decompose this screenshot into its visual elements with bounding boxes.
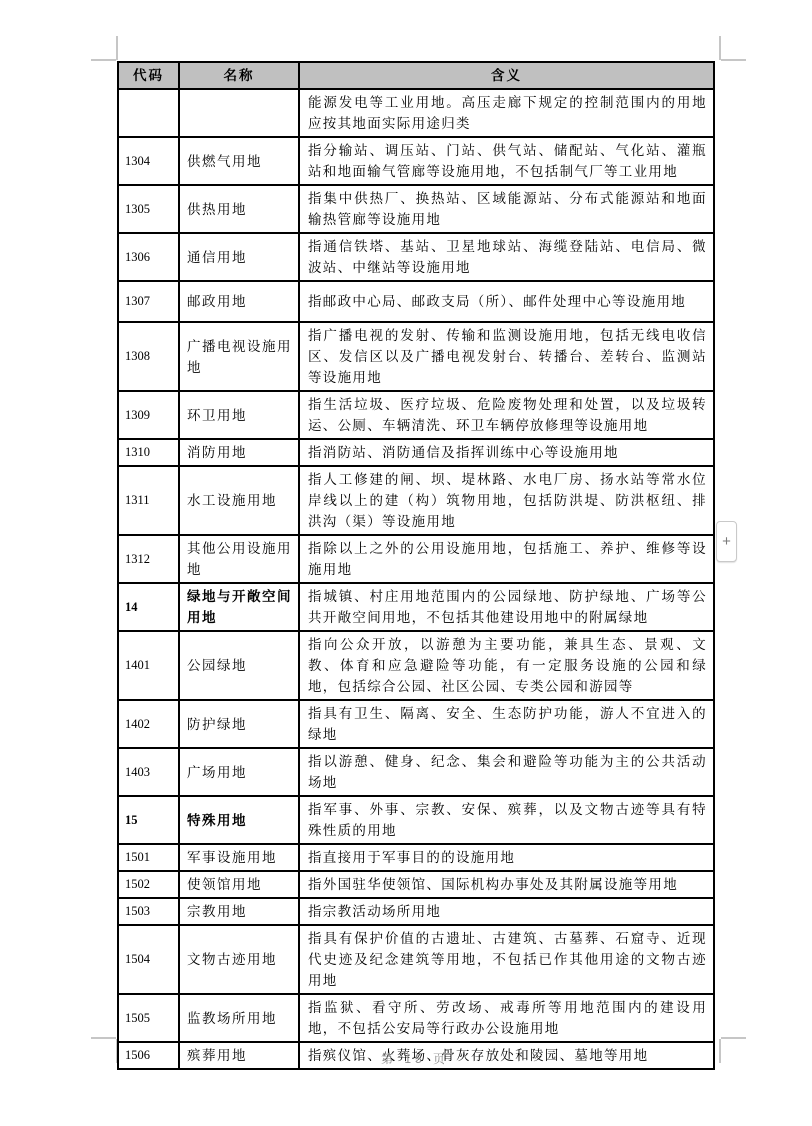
meaning-cell: 指广播电视的发射、传输和监测设施用地，包括无线电收信区、发信区以及广播电视发射台… — [299, 322, 714, 391]
meaning-cell: 指分输站、调压站、门站、供气站、储配站、气化站、灌瓶站和地面输气管廊等设施用地，… — [299, 137, 714, 185]
table-row: 1307 邮政用地 指邮政中心局、邮政支局（所）、邮件处理中心等设施用地 — [118, 281, 714, 322]
meaning-cell: 指外国驻华使领馆、国际机构办事处及其附属设施等用地 — [299, 871, 714, 898]
name-cell: 绿地与开敞空间用地 — [179, 583, 299, 631]
meaning-cell: 指军事、外事、宗教、安保、殡葬，以及文物古迹等具有特殊性质的用地 — [299, 796, 714, 844]
meaning-cell: 指宗教活动场所用地 — [299, 898, 714, 925]
table-row: 1401 公园绿地 指向公众开放，以游憩为主要功能，兼具生态、景观、文教、体育和… — [118, 631, 714, 700]
meaning-cell: 指以游憩、健身、纪念、集会和避险等功能为主的公共活动场地 — [299, 748, 714, 796]
table-row: 1501 军事设施用地 指直接用于军事目的的设施用地 — [118, 844, 714, 871]
crop-mark-bottom-right-vertical — [719, 1039, 721, 1063]
name-cell: 文物古迹用地 — [179, 925, 299, 994]
code-cell: 1401 — [118, 631, 179, 700]
table-header-row: 代码 名称 含义 — [118, 62, 714, 89]
meaning-cell: 指生活垃圾、医疗垃圾、危险废物处理和处置，以及垃圾转运、公厕、车辆清洗、环卫车辆… — [299, 391, 714, 439]
table-row: 15 特殊用地 指军事、外事、宗教、安保、殡葬，以及文物古迹等具有特殊性质的用地 — [118, 796, 714, 844]
code-cell: 1402 — [118, 700, 179, 748]
code-cell: 1311 — [118, 466, 179, 535]
name-cell — [179, 89, 299, 137]
code-cell: 1403 — [118, 748, 179, 796]
table-row: 1403 广场用地 指以游憩、健身、纪念、集会和避险等功能为主的公共活动场地 — [118, 748, 714, 796]
code-cell: 1306 — [118, 233, 179, 281]
table-row: 1311 水工设施用地 指人工修建的闸、坝、堤林路、水电厂房、扬水站等常水位岸线… — [118, 466, 714, 535]
code-cell: 1505 — [118, 994, 179, 1042]
crop-mark-top-right-horizontal — [721, 59, 746, 61]
meaning-cell: 指通信铁塔、基站、卫星地球站、海缆登陆站、电信局、微波站、中继站等设施用地 — [299, 233, 714, 281]
code-cell: 1501 — [118, 844, 179, 871]
meaning-cell: 指邮政中心局、邮政支局（所）、邮件处理中心等设施用地 — [299, 281, 714, 322]
code-cell: 1503 — [118, 898, 179, 925]
meaning-cell: 指集中供热厂、换热站、区域能源站、分布式能源站和地面输热管廊等设施用地 — [299, 185, 714, 233]
name-cell: 广播电视设施用地 — [179, 322, 299, 391]
code-cell: 14 — [118, 583, 179, 631]
table-row: 1309 环卫用地 指生活垃圾、医疗垃圾、危险废物处理和处置，以及垃圾转运、公厕… — [118, 391, 714, 439]
name-cell: 水工设施用地 — [179, 466, 299, 535]
code-cell — [118, 89, 179, 137]
table-row: 1310 消防用地 指消防站、消防通信及指挥训练中心等设施用地 — [118, 439, 714, 466]
code-cell: 1304 — [118, 137, 179, 185]
column-header-meaning: 含义 — [299, 62, 714, 89]
code-cell: 1305 — [118, 185, 179, 233]
name-cell: 环卫用地 — [179, 391, 299, 439]
meaning-cell: 指具有卫生、隔离、安全、生态防护功能，游人不宜进入的绿地 — [299, 700, 714, 748]
name-cell: 特殊用地 — [179, 796, 299, 844]
table-row: 1306 通信用地 指通信铁塔、基站、卫星地球站、海缆登陆站、电信局、微波站、中… — [118, 233, 714, 281]
table-row: 1312 其他公用设施用地 指除以上之外的公用设施用地，包括施工、养护、维修等设… — [118, 535, 714, 583]
crop-mark-bottom-left-horizontal — [91, 1037, 116, 1039]
name-cell: 通信用地 — [179, 233, 299, 281]
code-cell: 1310 — [118, 439, 179, 466]
column-header-name: 名称 — [179, 62, 299, 89]
landuse-table: 代码 名称 含义 能源发电等工业用地。高压走廊下规定的控制范围内的用地应按其地面… — [117, 61, 715, 1070]
meaning-cell: 指除以上之外的公用设施用地，包括施工、养护、维修等设施用地 — [299, 535, 714, 583]
code-cell: 1502 — [118, 871, 179, 898]
table-row: 能源发电等工业用地。高压走廊下规定的控制范围内的用地应按其地面实际用途归类 — [118, 89, 714, 137]
add-button[interactable]: + — [716, 521, 737, 562]
crop-mark-top-right-vertical — [719, 36, 721, 60]
document-page: 代码 名称 含义 能源发电等工业用地。高压走廊下规定的控制范围内的用地应按其地面… — [0, 0, 812, 1126]
table-row: 14 绿地与开敞空间用地 指城镇、村庄用地范围内的公园绿地、防护绿地、广场等公共… — [118, 583, 714, 631]
code-cell: 1309 — [118, 391, 179, 439]
name-cell: 供热用地 — [179, 185, 299, 233]
name-cell: 广场用地 — [179, 748, 299, 796]
meaning-cell: 指监狱、看守所、劳改场、戒毒所等用地范围内的建设用地，不包括公安局等行政办公设施… — [299, 994, 714, 1042]
column-header-code: 代码 — [118, 62, 179, 89]
code-cell: 1308 — [118, 322, 179, 391]
page-number-footer: 第 15 页 — [117, 1050, 713, 1067]
meaning-cell: 能源发电等工业用地。高压走廊下规定的控制范围内的用地应按其地面实际用途归类 — [299, 89, 714, 137]
meaning-cell: 指具有保护价值的古遗址、古建筑、古墓葬、石窟寺、近现代史迹及纪念建筑等用地，不包… — [299, 925, 714, 994]
name-cell: 宗教用地 — [179, 898, 299, 925]
name-cell: 其他公用设施用地 — [179, 535, 299, 583]
code-cell: 1307 — [118, 281, 179, 322]
name-cell: 邮政用地 — [179, 281, 299, 322]
code-cell: 1312 — [118, 535, 179, 583]
table-row: 1505 监教场所用地 指监狱、看守所、劳改场、戒毒所等用地范围内的建设用地，不… — [118, 994, 714, 1042]
crop-mark-top-left-horizontal — [91, 59, 116, 61]
meaning-cell: 指城镇、村庄用地范围内的公园绿地、防护绿地、广场等公共开敞空间用地，不包括其他建… — [299, 583, 714, 631]
table-row: 1502 使领馆用地 指外国驻华使领馆、国际机构办事处及其附属设施等用地 — [118, 871, 714, 898]
table-row: 1402 防护绿地 指具有卫生、隔离、安全、生态防护功能，游人不宜进入的绿地 — [118, 700, 714, 748]
table-row: 1504 文物古迹用地 指具有保护价值的古遗址、古建筑、古墓葬、石窟寺、近现代史… — [118, 925, 714, 994]
name-cell: 公园绿地 — [179, 631, 299, 700]
table-row: 1304 供燃气用地 指分输站、调压站、门站、供气站、储配站、气化站、灌瓶站和地… — [118, 137, 714, 185]
meaning-cell: 指向公众开放，以游憩为主要功能，兼具生态、景观、文教、体育和应急避险等功能，有一… — [299, 631, 714, 700]
name-cell: 消防用地 — [179, 439, 299, 466]
name-cell: 防护绿地 — [179, 700, 299, 748]
plus-icon: + — [722, 533, 731, 550]
name-cell: 供燃气用地 — [179, 137, 299, 185]
name-cell: 军事设施用地 — [179, 844, 299, 871]
table-row: 1503 宗教用地 指宗教活动场所用地 — [118, 898, 714, 925]
meaning-cell: 指人工修建的闸、坝、堤林路、水电厂房、扬水站等常水位岸线以上的建（构）筑物用地，… — [299, 466, 714, 535]
table-body: 能源发电等工业用地。高压走廊下规定的控制范围内的用地应按其地面实际用途归类 13… — [118, 89, 714, 1069]
meaning-cell: 指直接用于军事目的的设施用地 — [299, 844, 714, 871]
code-cell: 1504 — [118, 925, 179, 994]
table-row: 1305 供热用地 指集中供热厂、换热站、区域能源站、分布式能源站和地面输热管廊… — [118, 185, 714, 233]
crop-mark-top-left-vertical — [116, 36, 118, 60]
name-cell: 使领馆用地 — [179, 871, 299, 898]
name-cell: 监教场所用地 — [179, 994, 299, 1042]
meaning-cell: 指消防站、消防通信及指挥训练中心等设施用地 — [299, 439, 714, 466]
code-cell: 15 — [118, 796, 179, 844]
crop-mark-bottom-right-horizontal — [721, 1037, 746, 1039]
table-row: 1308 广播电视设施用地 指广播电视的发射、传输和监测设施用地，包括无线电收信… — [118, 322, 714, 391]
